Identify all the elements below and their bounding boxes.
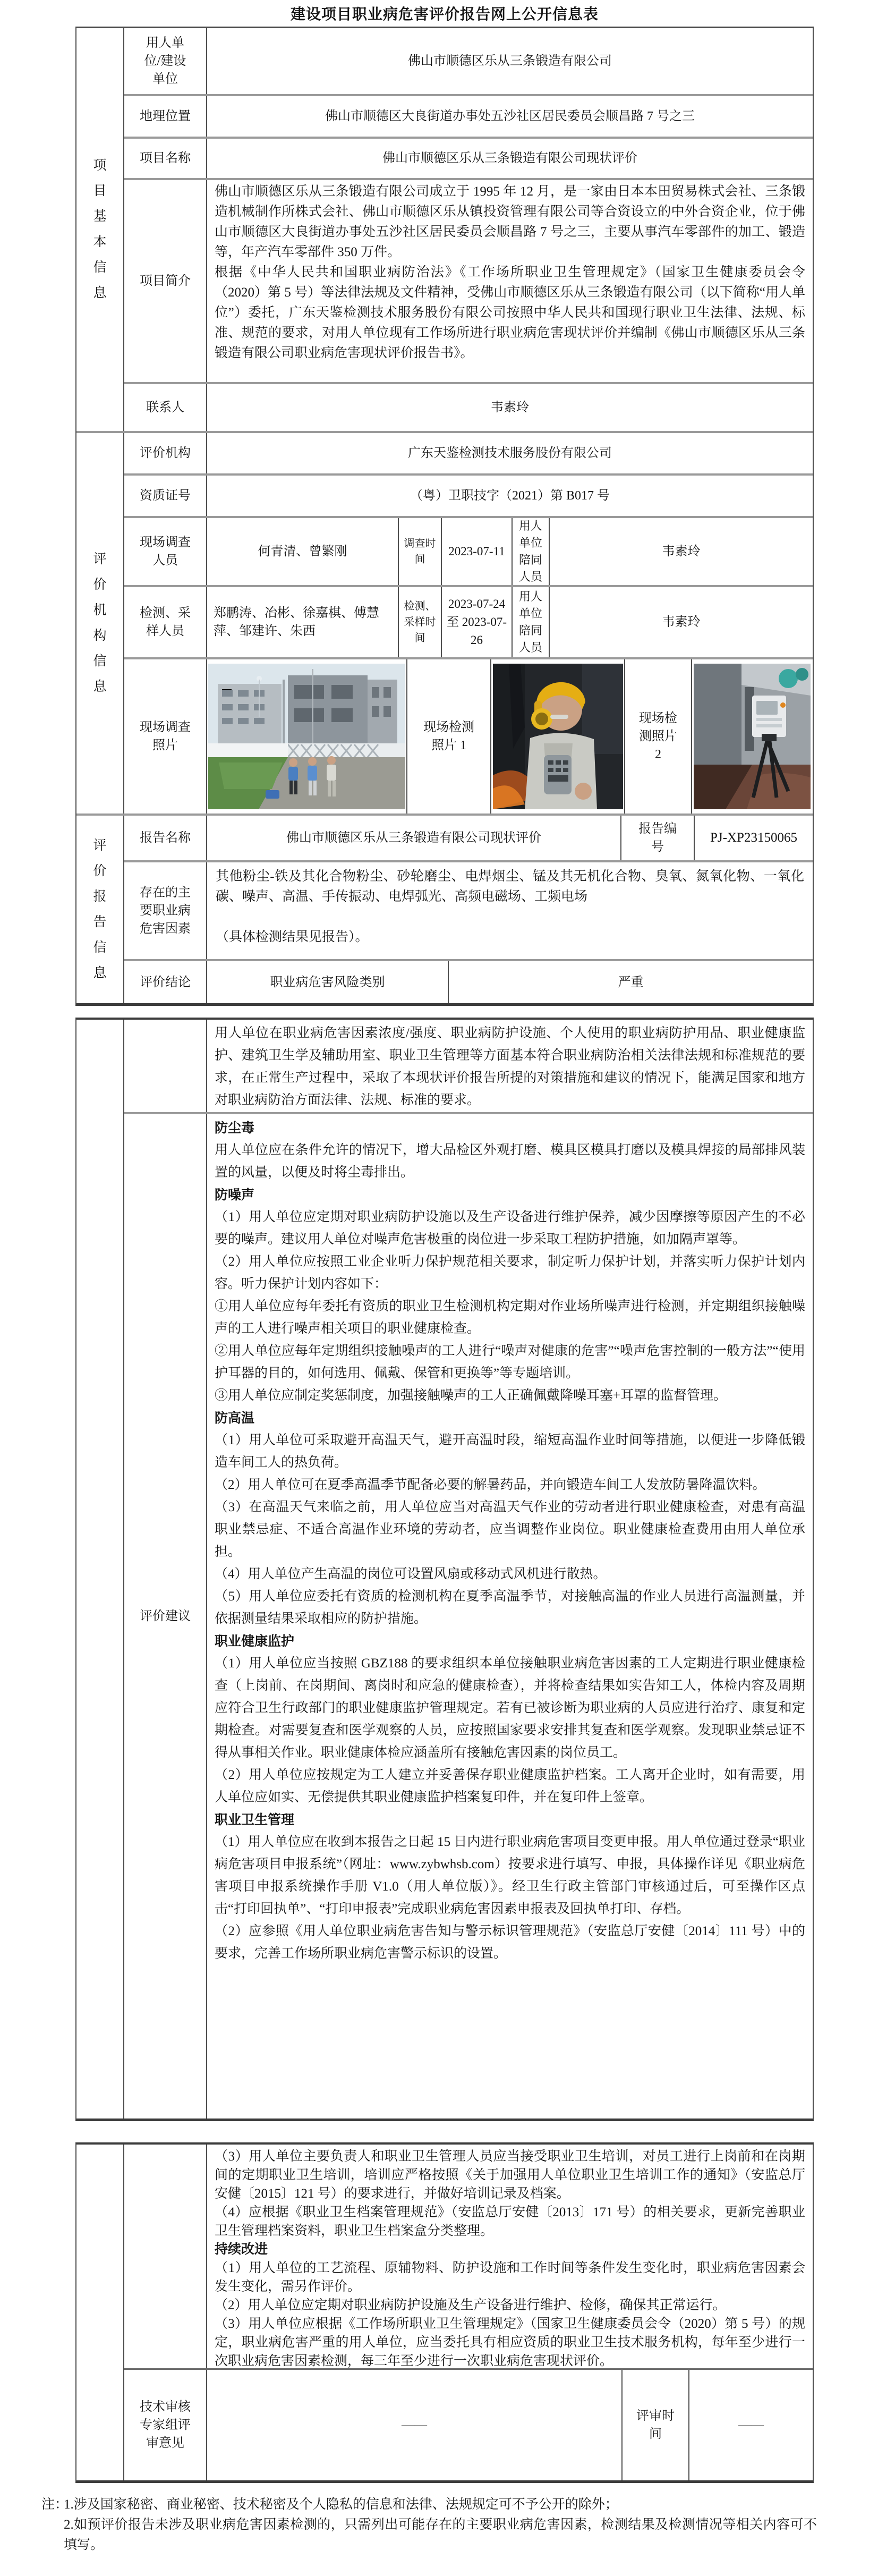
report-no-label: 报告编号 (621, 816, 695, 860)
row-conclusion: 评价结论 职业病危害风险类别 严重 (124, 961, 813, 1003)
survey-staff-value: 何青清、曾繁刚 (207, 518, 399, 585)
section-label-char: 息 (93, 281, 106, 306)
row-expert-review: 技术审核专家组评审意见 —— 评审时间 —— (124, 2370, 813, 2480)
expert-review-value: —— (207, 2370, 623, 2480)
section-basic-info: 项目基本信息 用人单位/建设单位 佛山市顺德区乐从三条锻造有限公司 地理位置 佛… (76, 28, 813, 433)
row-sampling-staff: 检测、采样人员 郑鹏涛、冶彬、徐嘉棋、傅慧萍、邹建许、朱西 检测、采样时间 20… (124, 587, 813, 659)
suggestion-paragraph: ②用人单位应每年定期组织接触噪声的工人进行“噪声对健康的危害”“噪声危害控制的一… (215, 1340, 805, 1385)
testing-photo-1-cell (491, 659, 625, 814)
row-conclusion-statement: 用人单位在职业病危害因素浓度/强度、职业病防护设施、个人使用的职业病防护用品、职… (124, 1020, 813, 1114)
suggestions-continued-label (124, 2145, 207, 2368)
suggestion-paragraph: （4）用人单位产生高温的岗位可设置风扇或移动式风机进行散热。 (215, 1563, 805, 1586)
survey-staff-label: 现场调查人员 (124, 518, 207, 585)
suggestion-paragraph: （2）用人单位应按照工业企业听力保护规范相关要求，制定听力保护计划，并落实听力保… (215, 1251, 805, 1295)
hazards-label: 存在的主要职业病危害因素 (124, 862, 207, 959)
sampling-escort-value: 韦素玲 (550, 587, 813, 657)
section-label-char: 价 (93, 572, 106, 598)
suggestion-paragraph: ①用人单位应每年委托有资质的职业卫生检测机构定期对作业场所噪声进行检测，并定期组… (215, 1295, 805, 1340)
risk-category-value: 严重 (449, 961, 813, 1003)
section-label-char: 信 (93, 649, 106, 674)
suggestion-paragraph: 用人单位应在条件允许的情况下，增大品检区外观打磨、模具区模具打磨以及模具焊接的局… (215, 1139, 805, 1184)
section-label-char: 息 (93, 961, 106, 986)
section-label-char: 评 (93, 547, 106, 572)
survey-photo-label: 现场调查照片 (124, 659, 207, 814)
site-testing-photo-1 (493, 664, 623, 809)
section-label-agency: 评价机构信息 (76, 433, 124, 814)
footnote-items: 1.涉及国家秘密、商业秘密、技术秘密及个人隐私的信息和法律、法规规定可不予公开的… (64, 2495, 817, 2555)
survey-escort-value: 韦素玲 (550, 518, 813, 585)
suggestion-paragraph: （1）用人单位应当按照 GBZ188 的要求组织本单位接触职业病危害因素的工人定… (215, 1653, 805, 1764)
section-label-char: 信 (93, 935, 106, 961)
testing-photo-2-cell (692, 659, 813, 814)
row-contact: 联系人 韦素玲 (124, 384, 813, 431)
survey-photo-cell (207, 659, 408, 814)
conclusion-statement-label (124, 1020, 207, 1112)
hazards-value: 其他粉尘-铁及其化合物粉尘、砂轮磨尘、电焊烟尘、锰及其无机化合物、臭氧、氮氧化物… (207, 862, 813, 959)
sampling-staff-value: 郑鹏涛、冶彬、徐嘉棋、傅慧萍、邹建许、朱西 (207, 587, 399, 657)
project-intro-label: 项目简介 (124, 180, 207, 382)
footnote: 注： 1.涉及国家秘密、商业秘密、技术秘密及个人隐私的信息和法律、法规规定可不予… (41, 2495, 817, 2555)
suggestion-paragraph: （2）用人单位应定期对职业病防护设施及生产设备进行维护、检修，确保其正常运行。 (215, 2296, 805, 2315)
testing-photo-1-label: 现场检测照片 1 (407, 659, 491, 814)
footnote-item-2: 2.如预评价报告未涉及职业病危害因素检测的，只需列出可能存在的主要职业病危害因素… (64, 2515, 817, 2555)
row-hazards: 存在的主要职业病危害因素 其他粉尘-铁及其化合物粉尘、砂轮磨尘、电焊烟尘、锰及其… (124, 862, 813, 961)
site-testing-photo-2 (694, 664, 811, 809)
sampling-time-value: 2023-07-24 至 2023-07-26 (442, 587, 513, 657)
row-location: 地理位置 佛山市顺德区大良街道办事处五沙社区居民委员会顺昌路 7 号之三 (124, 96, 813, 139)
row-suggestions-continued: （3）用人单位主要负责人和职业卫生管理人员应当接受职业卫生培训，对员工进行上岗前… (124, 2145, 813, 2370)
license-label: 资质证号 (124, 476, 207, 516)
section-page3: （3）用人单位主要负责人和职业卫生管理人员应当接受职业卫生培训，对员工进行上岗前… (76, 2145, 813, 2480)
row-employer: 用人单位/建设单位 佛山市顺德区乐从三条锻造有限公司 (124, 28, 813, 96)
row-survey-staff: 现场调查人员 何青清、曾繁刚 调查时间 2023-07-11 用人单位陪同人员 … (124, 518, 813, 587)
section-label-char: 评 (93, 833, 106, 859)
location-value: 佛山市顺德区大良街道办事处五沙社区居民委员会顺昌路 7 号之三 (207, 96, 813, 137)
agency-value: 广东天鉴检测技术服务股份有限公司 (207, 433, 813, 473)
suggestion-heading: 防尘毒 (215, 1117, 805, 1139)
page-break-gap-2 (0, 2121, 878, 2142)
suggestion-paragraph: （2）应参照《用人单位职业病危害告知与警示标识管理规范》（安监总厅安健〔2014… (215, 1920, 805, 1965)
suggestion-heading: 防高温 (215, 1407, 805, 1429)
section-agency-info: 评价机构信息 评价机构 广东天鉴检测技术服务股份有限公司 资质证号 （粤）卫职技… (76, 433, 813, 816)
report-no-value: PJ-XP23150065 (695, 816, 813, 860)
location-label: 地理位置 (124, 96, 207, 137)
row-report-name: 报告名称 佛山市顺德区乐从三条锻造有限公司现状评价 报告编号 PJ-XP2315… (124, 816, 813, 862)
conclusion-label: 评价结论 (124, 961, 207, 1003)
survey-time-label: 调查时间 (399, 518, 442, 585)
agency-label: 评价机构 (124, 433, 207, 473)
conclusion-statement-text: 用人单位在职业病危害因素浓度/强度、职业病防护设施、个人使用的职业病防护用品、职… (207, 1020, 813, 1112)
suggestion-paragraph: （5）用人单位应委托有资质的检测机构在夏季高温季节，对接触高温的作业人员进行高温… (215, 1586, 805, 1630)
sampling-time-label: 检测、采样时间 (399, 587, 442, 657)
row-agency: 评价机构 广东天鉴检测技术服务股份有限公司 (124, 433, 813, 476)
section-label-char: 基 (93, 204, 106, 230)
hazards-note: （具体检测结果见报告）。 (216, 927, 804, 947)
project-intro-paragraph-2: 根据《中华人民共和国职业病防治法》《工作场所职业卫生管理规定》（国家卫生健康委员… (215, 262, 805, 363)
footnote-prefix: 注： (41, 2495, 64, 2555)
table-continuation-page3: （3）用人单位主要负责人和职业卫生管理人员应当接受职业卫生培训，对员工进行上岗前… (75, 2142, 814, 2483)
suggestion-paragraph: ③用人单位应制定奖惩制度，加强接触噪声的工人正确佩戴降噪耳塞+耳罩的监督管理。 (215, 1385, 805, 1407)
license-value: （粤）卫职技字（2021）第 B017 号 (207, 476, 813, 516)
employer-value: 佛山市顺德区乐从三条锻造有限公司 (207, 28, 813, 94)
contact-value: 韦素玲 (207, 384, 813, 431)
table-main: 项目基本信息 用人单位/建设单位 佛山市顺德区乐从三条锻造有限公司 地理位置 佛… (75, 27, 814, 1006)
row-project-intro: 项目简介 佛山市顺德区乐从三条锻造有限公司成立于 1995 年 12 月，是一家… (124, 180, 813, 384)
employer-label: 用人单位/建设单位 (124, 28, 207, 94)
hazards-list: 其他粉尘-铁及其化合物粉尘、砂轮磨尘、电焊烟尘、锰及其无机化合物、臭氧、氮氧化物… (216, 867, 804, 907)
section-label-char: 信 (93, 255, 106, 281)
section-page2: 用人单位在职业病危害因素浓度/强度、职业病防护设施、个人使用的职业病防护用品、职… (76, 1020, 813, 2119)
review-time-label: 评审时间 (623, 2370, 689, 2480)
footnote-item-1: 1.涉及国家秘密、商业秘密、技术秘密及个人隐私的信息和法律、法规规定可不予公开的… (64, 2495, 817, 2515)
row-project-name: 项目名称 佛山市顺德区乐从三条锻造有限公司现状评价 (124, 139, 813, 180)
section-label-char: 机 (93, 598, 106, 623)
section-label-char: 构 (93, 623, 106, 649)
page-break-gap-1 (0, 1006, 878, 1018)
review-time-value: —— (689, 2370, 813, 2480)
suggestion-heading: 防噪声 (215, 1184, 805, 1206)
suggestion-paragraph: （1）用人单位可采取避开高温天气，避开高温时段，缩短高温作业时间等措施，以便进一… (215, 1429, 805, 1474)
site-survey-photo (208, 664, 405, 809)
document-page: 建设项目职业病危害评价报告网上公开信息表 项目基本信息 用人单位/建设单位 佛山… (0, 0, 878, 2576)
suggestion-paragraph: （2）用人单位可在夏季高温季节配备必要的解暑药品，并向锻造车间工人发放防暑降温饮… (215, 1474, 805, 1496)
row-photos: 现场调查照片 (124, 659, 813, 814)
suggestion-heading: 职业健康监护 (215, 1630, 805, 1653)
sampling-escort-label: 用人单位陪同人员 (513, 587, 550, 657)
section-label-char: 本 (93, 230, 106, 255)
page-title: 建设项目职业病危害评价报告网上公开信息表 (75, 0, 814, 27)
row-suggestions: 评价建议 防尘毒用人单位应在条件允许的情况下，增大品检区外观打磨、模具区模具打磨… (124, 1114, 813, 2119)
section-label-char: 价 (93, 859, 106, 884)
row-license: 资质证号 （粤）卫职技字（2021）第 B017 号 (124, 476, 813, 518)
suggestion-heading: 职业卫生管理 (215, 1809, 805, 1831)
suggestion-paragraph: （1）用人单位应定期对职业病防护设施以及生产设备进行维护保养，减少因摩擦等原因产… (215, 1206, 805, 1251)
suggestion-paragraph: （4）应根据《职业卫生档案管理规范》（安监总厅安健〔2013〕171 号）的相关… (215, 2203, 805, 2240)
section-label-basic: 项目基本信息 (76, 28, 124, 431)
section-label-char: 报 (93, 884, 106, 910)
suggestions-label: 评价建议 (124, 1114, 207, 2119)
suggestions-content: 防尘毒用人单位应在条件允许的情况下，增大品检区外观打磨、模具区模具打磨以及模具焊… (207, 1114, 813, 2119)
suggestion-heading: 持续改进 (215, 2240, 805, 2259)
project-name-value: 佛山市顺德区乐从三条锻造有限公司现状评价 (207, 139, 813, 178)
section-label-empty-page2 (76, 1020, 124, 2119)
section-label-char: 目 (93, 179, 106, 204)
testing-photo-2-label: 现场检测照片 2 (625, 659, 692, 814)
report-name-value: 佛山市顺德区乐从三条锻造有限公司现状评价 (207, 816, 621, 860)
section-label-char: 项 (93, 153, 106, 179)
section-report-info: 评价报告信息 报告名称 佛山市顺德区乐从三条锻造有限公司现状评价 报告编号 PJ… (76, 816, 813, 1003)
project-name-label: 项目名称 (124, 139, 207, 178)
section-label-empty-page3 (76, 2145, 124, 2480)
survey-escort-label: 用人单位陪同人员 (513, 518, 550, 585)
suggestion-paragraph: （1）用人单位的工艺流程、原辅物料、防护设施和工作时间等条件发生变化时，职业病危… (215, 2259, 805, 2296)
section-label-char: 告 (93, 910, 106, 935)
suggestion-paragraph: （3）用人单位主要负责人和职业卫生管理人员应当接受职业卫生培训，对员工进行上岗前… (215, 2147, 805, 2203)
suggestion-paragraph: （1）用人单位应在收到本报告之日起 15 日内进行职业病危害项目变更申报。用人单… (215, 1831, 805, 1920)
project-intro-value: 佛山市顺德区乐从三条锻造有限公司成立于 1995 年 12 月，是一家由日本本田… (207, 180, 813, 382)
suggestions-continued-content: （3）用人单位主要负责人和职业卫生管理人员应当接受职业卫生培训，对员工进行上岗前… (207, 2145, 813, 2368)
survey-time-value: 2023-07-11 (442, 518, 513, 585)
section-label-char: 息 (93, 674, 106, 700)
report-name-label: 报告名称 (124, 816, 207, 860)
project-intro-paragraph-1: 佛山市顺德区乐从三条锻造有限公司成立于 1995 年 12 月，是一家由日本本田… (215, 182, 805, 262)
risk-category-label: 职业病危害风险类别 (207, 961, 449, 1003)
expert-review-label: 技术审核专家组评审意见 (124, 2370, 207, 2480)
contact-label: 联系人 (124, 384, 207, 431)
section-label-report: 评价报告信息 (76, 816, 124, 1003)
suggestion-paragraph: （3）用人单位应根据《工作场所职业卫生管理规定》（国家卫生健康委员会令（2020… (215, 2315, 805, 2370)
sampling-staff-label: 检测、采样人员 (124, 587, 207, 657)
suggestion-paragraph: （2）用人单位应按规定为工人建立并妥善保存职业健康监护档案。工人离开企业时，如有… (215, 1764, 805, 1809)
table-continuation-page2: 用人单位在职业病危害因素浓度/强度、职业病防护设施、个人使用的职业病防护用品、职… (75, 1018, 814, 2121)
suggestion-paragraph: （3）在高温天气来临之前，用人单位应当对高温天气作业的劳动者进行职业健康检查，对… (215, 1496, 805, 1563)
